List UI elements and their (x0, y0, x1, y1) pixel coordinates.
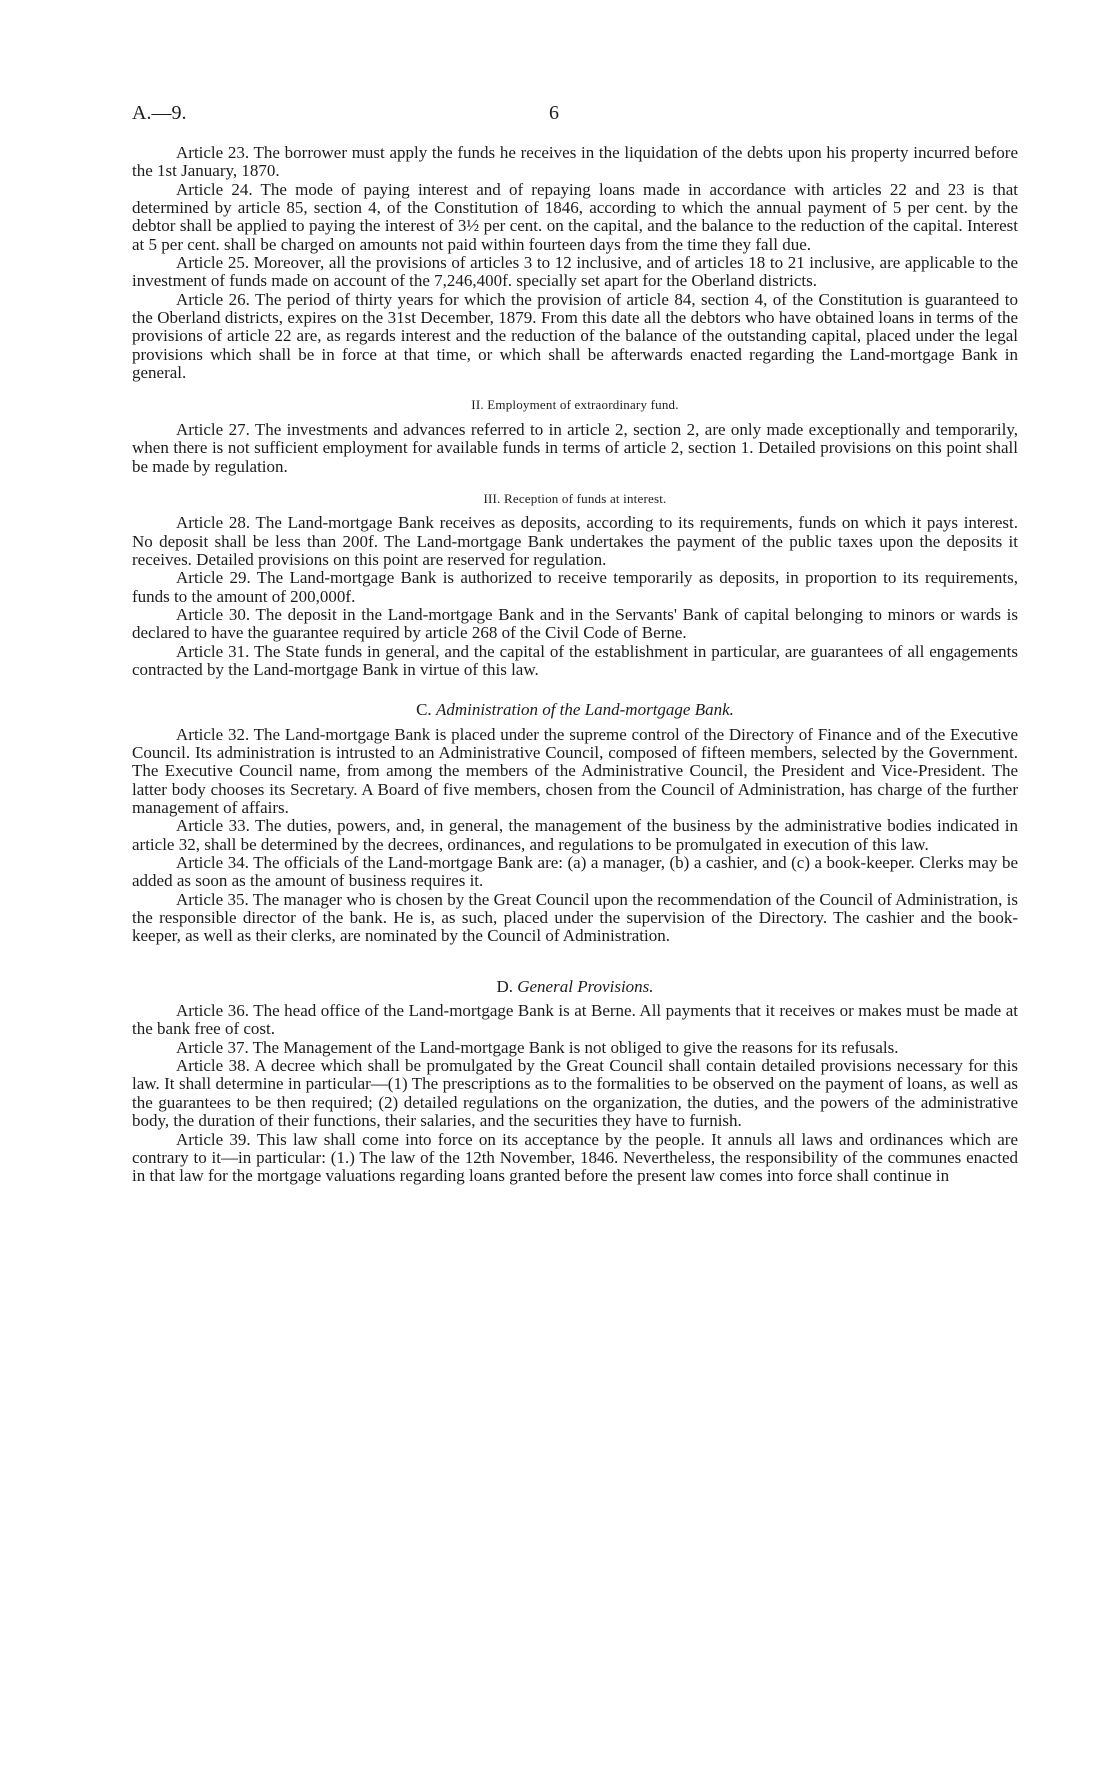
article-28: Article 28. The Land-mortgage Bank recei… (132, 514, 1018, 569)
page-number: 6 (549, 104, 559, 122)
document-page: A.—9. 6 Article 23. The borrower must ap… (132, 100, 1018, 1186)
article-26: Article 26. The period of thirty years f… (132, 291, 1018, 383)
article-31: Article 31. The State funds in general, … (132, 643, 1018, 680)
article-37: Article 37. The Management of the Land-m… (132, 1039, 1018, 1057)
section-title: General Provisions. (517, 977, 653, 996)
section-letter: C. (416, 700, 432, 719)
section-heading-administration: C. Administration of the Land-mortgage B… (132, 701, 1018, 719)
article-23: Article 23. The borrower must apply the … (132, 144, 1018, 181)
document-reference: A.—9. (132, 104, 186, 122)
article-25: Article 25. Moreover, all the provisions… (132, 254, 1018, 291)
article-35: Article 35. The manager who is chosen by… (132, 891, 1018, 946)
article-29: Article 29. The Land-mortgage Bank is au… (132, 569, 1018, 606)
article-36: Article 36. The head office of the Land-… (132, 1002, 1018, 1039)
article-32: Article 32. The Land-mortgage Bank is pl… (132, 726, 1018, 818)
article-34: Article 34. The officials of the Land-mo… (132, 854, 1018, 891)
section-heading-general-provisions: D. General Provisions. (132, 978, 1018, 996)
article-27: Article 27. The investments and advances… (132, 421, 1018, 476)
article-24: Article 24. The mode of paying interest … (132, 181, 1018, 254)
article-30: Article 30. The deposit in the Land-mort… (132, 606, 1018, 643)
article-33: Article 33. The duties, powers, and, in … (132, 817, 1018, 854)
page-header: A.—9. 6 (132, 100, 1018, 144)
article-39: Article 39. This law shall come into for… (132, 1131, 1018, 1186)
section-title: Administration of the Land-mortgage Bank… (436, 700, 734, 719)
subheading-reception-of-funds: III. Reception of funds at interest. (132, 490, 1018, 508)
article-38: Article 38. A decree which shall be prom… (132, 1057, 1018, 1130)
section-letter: D. (496, 977, 513, 996)
subheading-extraordinary-fund: II. Employment of extraordinary fund. (132, 396, 1018, 414)
